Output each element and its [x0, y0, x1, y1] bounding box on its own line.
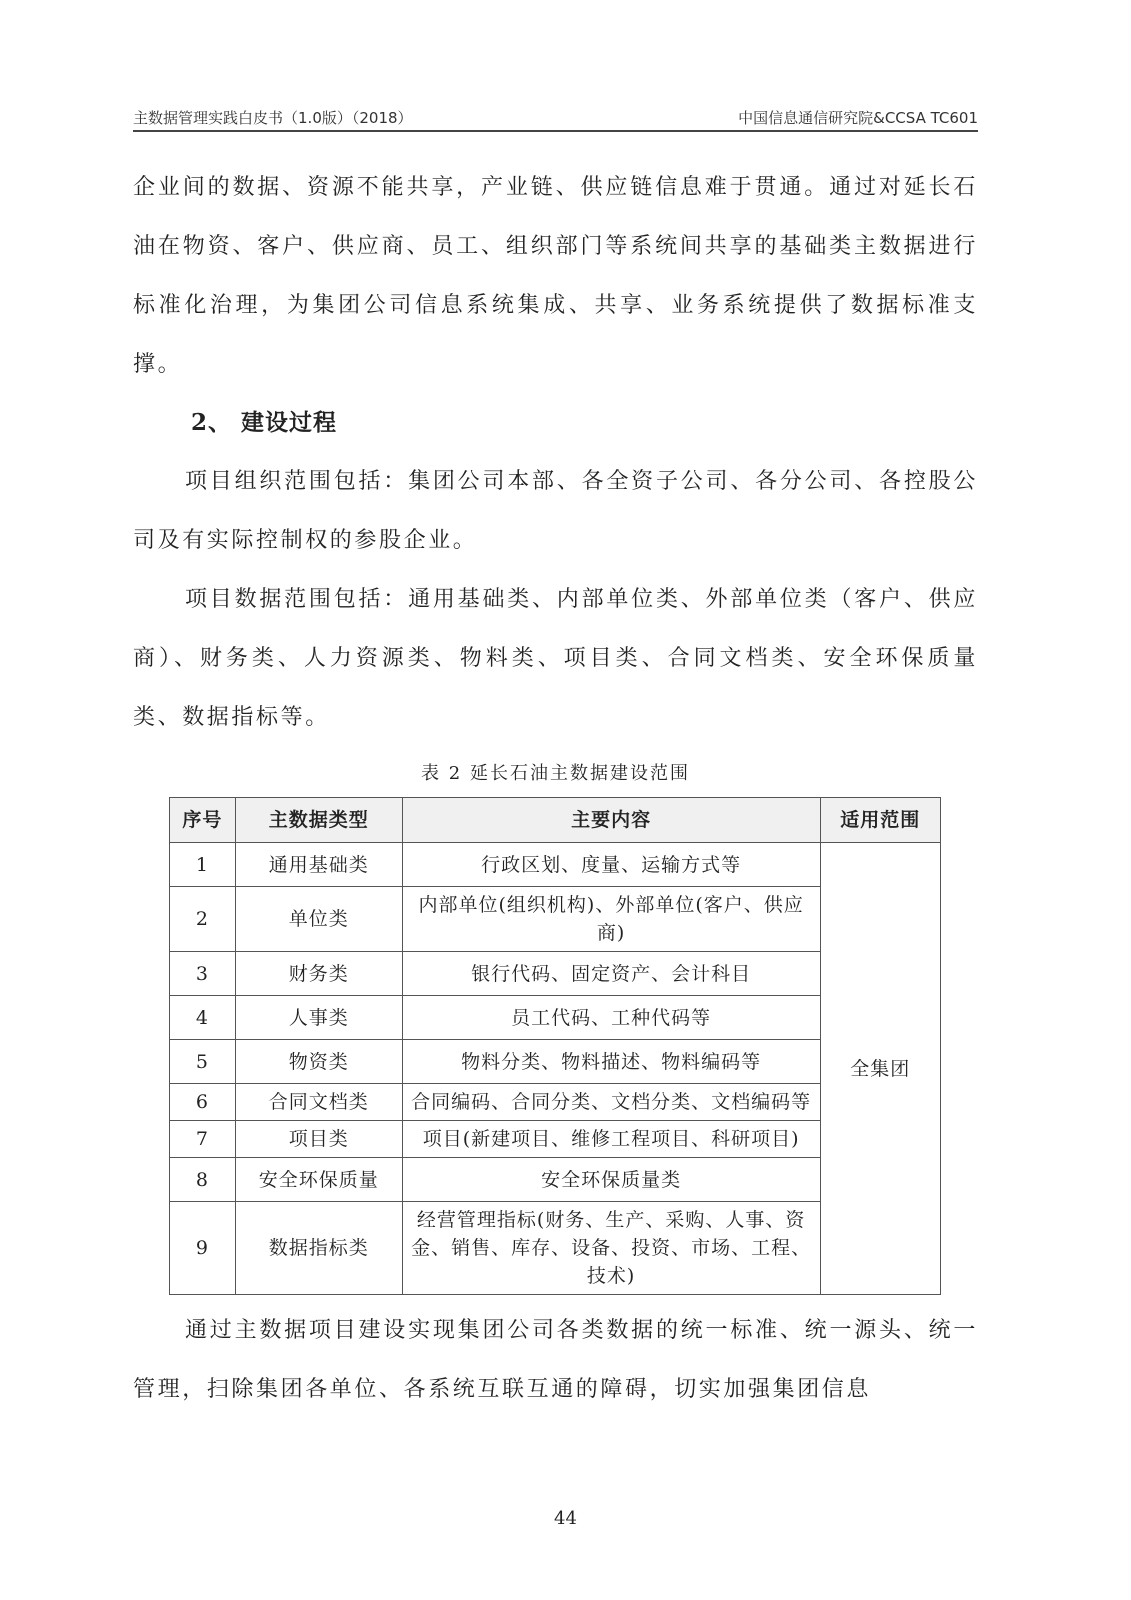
cell-type: 人事类 — [235, 996, 402, 1040]
cell-no: 3 — [170, 952, 236, 996]
cell-content: 安全环保质量类 — [402, 1158, 820, 1202]
cell-type: 物资类 — [235, 1040, 402, 1084]
cell-content: 内部单位(组织机构)、外部单位(客户、供应商) — [402, 887, 820, 952]
cell-type: 通用基础类 — [235, 843, 402, 887]
page-header: 主数据管理实践白皮书（1.0版）（2018） 中国信息通信研究院&CCSA TC… — [133, 104, 978, 128]
cell-no: 9 — [170, 1202, 236, 1295]
cell-type: 单位类 — [235, 887, 402, 952]
master-data-scope-table: 序号 主数据类型 主要内容 适用范围 1 通用基础类 行政区划、度量、运输方式等… — [169, 797, 941, 1295]
cell-content: 物料分类、物料描述、物料编码等 — [402, 1040, 820, 1084]
table-header-row: 序号 主数据类型 主要内容 适用范围 — [170, 798, 941, 843]
cell-content: 员工代码、工种代码等 — [402, 996, 820, 1040]
cell-content: 合同编码、合同分类、文档分类、文档编码等 — [402, 1084, 820, 1121]
paragraph-data-scope: 项目数据范围包括：通用基础类、内部单位类、外部单位类（客户、供应商）、财务类、人… — [133, 570, 978, 747]
cell-scope: 全集团 — [820, 843, 940, 1295]
column-header-type: 主数据类型 — [235, 798, 402, 843]
column-header-scope: 适用范围 — [820, 798, 940, 843]
cell-type: 合同文档类 — [235, 1084, 402, 1121]
column-header-content: 主要内容 — [402, 798, 820, 843]
cell-content: 行政区划、度量、运输方式等 — [402, 843, 820, 887]
cell-no: 5 — [170, 1040, 236, 1084]
paragraph-conclusion: 通过主数据项目建设实现集团公司各类数据的统一标准、统一源头、统一管理，扫除集团各… — [133, 1301, 978, 1419]
section-heading: 2、 建设过程 — [133, 394, 978, 452]
column-header-no: 序号 — [170, 798, 236, 843]
cell-no: 1 — [170, 843, 236, 887]
cell-content: 银行代码、固定资产、会计科目 — [402, 952, 820, 996]
cell-no: 8 — [170, 1158, 236, 1202]
cell-type: 财务类 — [235, 952, 402, 996]
page-number: 44 — [0, 1508, 1131, 1529]
header-divider — [133, 130, 978, 132]
paragraph-intro: 企业间的数据、资源不能共享，产业链、供应链信息难于贯通。通过对延长石油在物资、客… — [133, 158, 978, 394]
cell-no: 2 — [170, 887, 236, 952]
cell-type: 数据指标类 — [235, 1202, 402, 1295]
paragraph-org-scope: 项目组织范围包括：集团公司本部、各全资子公司、各分公司、各控股公司及有实际控制权… — [133, 452, 978, 570]
table-row: 1 通用基础类 行政区划、度量、运输方式等 全集团 — [170, 843, 941, 887]
cell-no: 7 — [170, 1121, 236, 1158]
page-content: 企业间的数据、资源不能共享，产业链、供应链信息难于贯通。通过对延长石油在物资、客… — [133, 158, 978, 1419]
cell-content: 经营管理指标(财务、生产、采购、人事、资金、销售、库存、设备、投资、市场、工程、… — [402, 1202, 820, 1295]
cell-content: 项目(新建项目、维修工程项目、科研项目) — [402, 1121, 820, 1158]
cell-no: 4 — [170, 996, 236, 1040]
table-caption: 表 2 延长石油主数据建设范围 — [133, 759, 978, 785]
cell-type: 项目类 — [235, 1121, 402, 1158]
header-doc-title: 主数据管理实践白皮书（1.0版）（2018） — [133, 107, 413, 128]
header-organization: 中国信息通信研究院&CCSA TC601 — [738, 107, 978, 128]
cell-type: 安全环保质量 — [235, 1158, 402, 1202]
cell-no: 6 — [170, 1084, 236, 1121]
